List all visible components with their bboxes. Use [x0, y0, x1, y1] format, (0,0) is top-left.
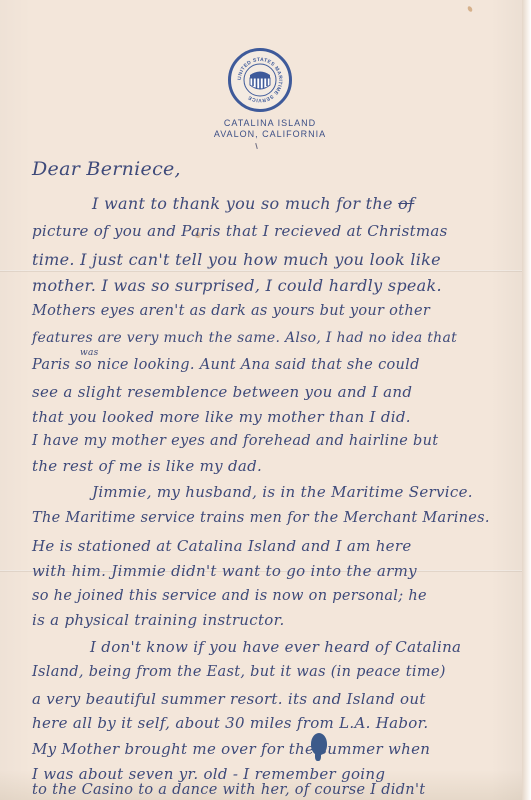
- letter-line: is a physical training instructor.: [32, 611, 285, 629]
- letter-page: UNITED STATES MARITIME SERVICE CATALINA …: [0, 0, 522, 800]
- letter-line: I was about seven yr. old - I remember g…: [32, 765, 385, 783]
- letter-line: Jimmie, my husband, is in the Maritime S…: [92, 483, 473, 501]
- letter-line: see a slight resemblence between you and…: [32, 383, 412, 401]
- letterhead-line-1: CATALINA ISLAND: [180, 118, 360, 129]
- letter-line: Paris so nice looking. Aunt Ana said tha…: [32, 357, 420, 373]
- ink-blot: [311, 733, 327, 755]
- letter-line: I have my mother eyes and forehead and h…: [32, 433, 438, 449]
- letterhead-address: CATALINA ISLAND AVALON, CALIFORNIA: [180, 118, 360, 140]
- maritime-service-seal-icon: UNITED STATES MARITIME SERVICE: [228, 48, 292, 112]
- letter-line: The Maritime service trains men for the …: [32, 510, 490, 526]
- letter-line: I don't know if you have ever heard of C…: [90, 638, 461, 656]
- letter-line: with him. Jimmie didn't want to go into …: [32, 562, 417, 580]
- letter-line: time. I just can't tell you how much you…: [32, 250, 441, 269]
- letter-line: picture of you and Paris that I recieved…: [32, 222, 448, 240]
- struck-word: of: [398, 194, 414, 213]
- letter-line: He is stationed at Catalina Island and I…: [32, 537, 412, 555]
- paper-stain: [467, 5, 473, 12]
- letter-line: to the Casino to a dance with her, of co…: [32, 782, 425, 798]
- letter-line: I want to thank you so much for the of: [92, 194, 414, 213]
- salutation: Dear Berniece,: [32, 158, 181, 180]
- letter-line: Island, being from the East, but it was …: [32, 664, 446, 680]
- letter-line: mother. I was so surprised, I could hard…: [32, 276, 442, 295]
- letter-line: a very beautiful summer resort. its and …: [32, 690, 426, 708]
- letter-line: so he joined this service and is now on …: [32, 588, 427, 604]
- letter-line: Mothers eyes aren't as dark as yours but…: [32, 303, 430, 319]
- letter-line: the rest of me is like my dad.: [32, 457, 262, 475]
- page-edge: [522, 0, 531, 800]
- pen-mark: [255, 143, 258, 149]
- insertion-was: was: [80, 348, 99, 358]
- letter-line: that you looked more like my mother than…: [32, 408, 411, 426]
- paper-fold: [0, 270, 522, 272]
- letter-line: here all by it self, about 30 miles from…: [32, 714, 428, 732]
- letter-line: features are very much the same. Also, I…: [32, 330, 457, 346]
- letterhead-line-2: AVALON, CALIFORNIA: [180, 129, 360, 140]
- letter-line: My Mother brought me over for the summer…: [32, 740, 430, 758]
